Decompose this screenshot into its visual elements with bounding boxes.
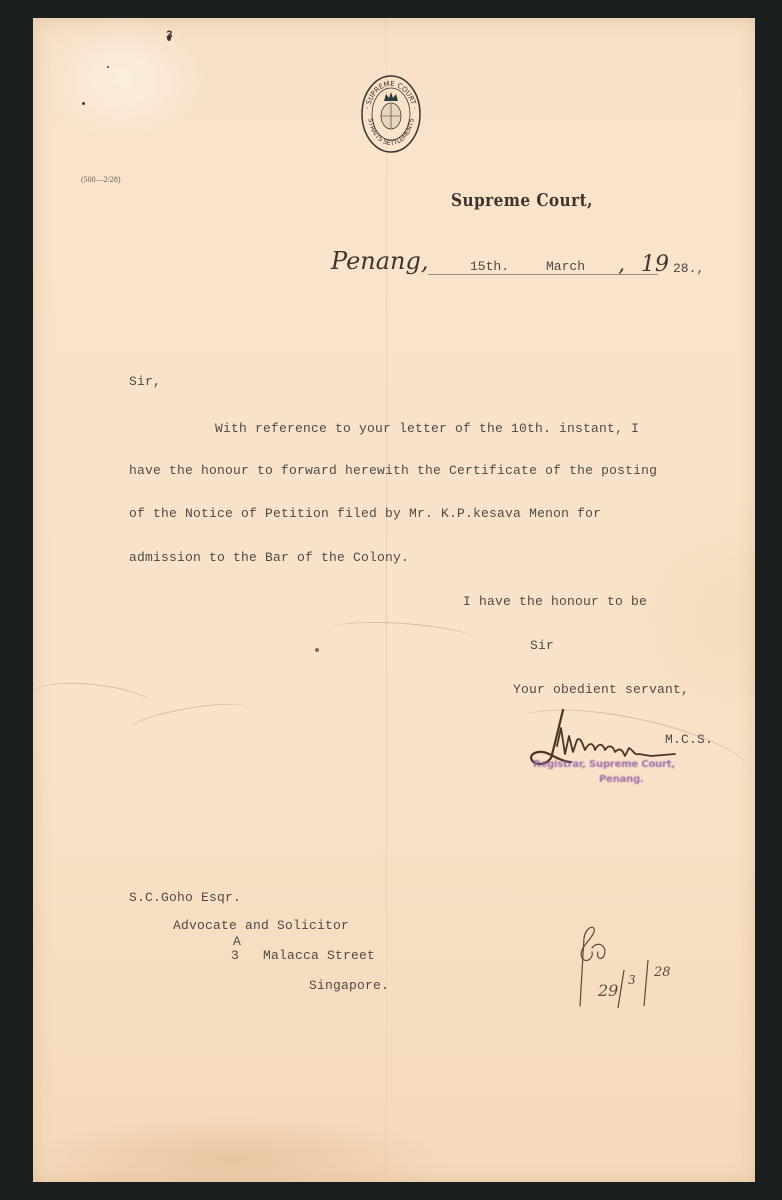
svg-text:28: 28 — [653, 965, 671, 980]
street-name: Malacca Street — [263, 948, 375, 963]
ink-speck — [315, 648, 319, 652]
court-seal: · SUPREME COURT · STRAITS SETTLEMENTS — [360, 74, 422, 154]
street-number: 3 — [231, 948, 239, 963]
crown-crest-icon: · SUPREME COURT · STRAITS SETTLEMENTS — [360, 74, 422, 154]
signature-suffix: M.C.S. — [665, 732, 713, 747]
registrar-stamp-line1: Registrar, Supreme Court, — [533, 759, 675, 770]
salutation: Sir, — [129, 374, 161, 389]
paper-crease — [332, 618, 473, 649]
body-line: of the Notice of Petition filed by Mr. K… — [129, 506, 601, 521]
addressee-name: S.C.Goho Esqr. — [129, 890, 241, 905]
place-name: Penang, — [331, 247, 429, 275]
closing-line: Sir — [530, 638, 554, 653]
scanned-document: 3 (500—2/28) · SUPREME COURT · STRAITS S… — [0, 0, 782, 1200]
insert-mark: A — [233, 934, 241, 949]
registrar-stamp-line2: Penang. — [599, 774, 644, 785]
handwritten-annotation: 29 3 28 — [568, 918, 698, 1013]
letterhead-title: Supreme Court, — [451, 190, 593, 211]
date-year-printed: 19 — [641, 252, 669, 277]
paper-sheet: 3 (500—2/28) · SUPREME COURT · STRAITS S… — [33, 18, 755, 1182]
date-day: 15th. — [470, 259, 509, 274]
body-line: have the honour to forward herewith the … — [129, 463, 657, 478]
fold-line — [386, 18, 387, 1182]
ink-speck — [82, 102, 85, 105]
body-line: With reference to your letter of the 10t… — [215, 421, 639, 436]
closing-line: Your obedient servant, — [513, 682, 689, 697]
closing-line: I have the honour to be — [463, 594, 647, 609]
corner-mark: 3 — [166, 30, 173, 42]
city: Singapore. — [309, 978, 389, 993]
svg-text:3: 3 — [628, 973, 636, 987]
date-year-typed: 28., — [673, 261, 704, 276]
handwritten-initials-date-icon: 29 3 28 — [568, 918, 698, 1013]
ink-speck — [107, 66, 109, 68]
addressee-title: Advocate and Solicitor — [173, 918, 349, 933]
paper-crease — [32, 678, 155, 721]
svg-text:29: 29 — [597, 981, 618, 1000]
date-comma: , — [618, 252, 625, 277]
body-line: admission to the Bar of the Colony. — [129, 550, 409, 565]
date-month: March — [546, 259, 585, 274]
form-number: (500—2/28) — [81, 175, 121, 184]
